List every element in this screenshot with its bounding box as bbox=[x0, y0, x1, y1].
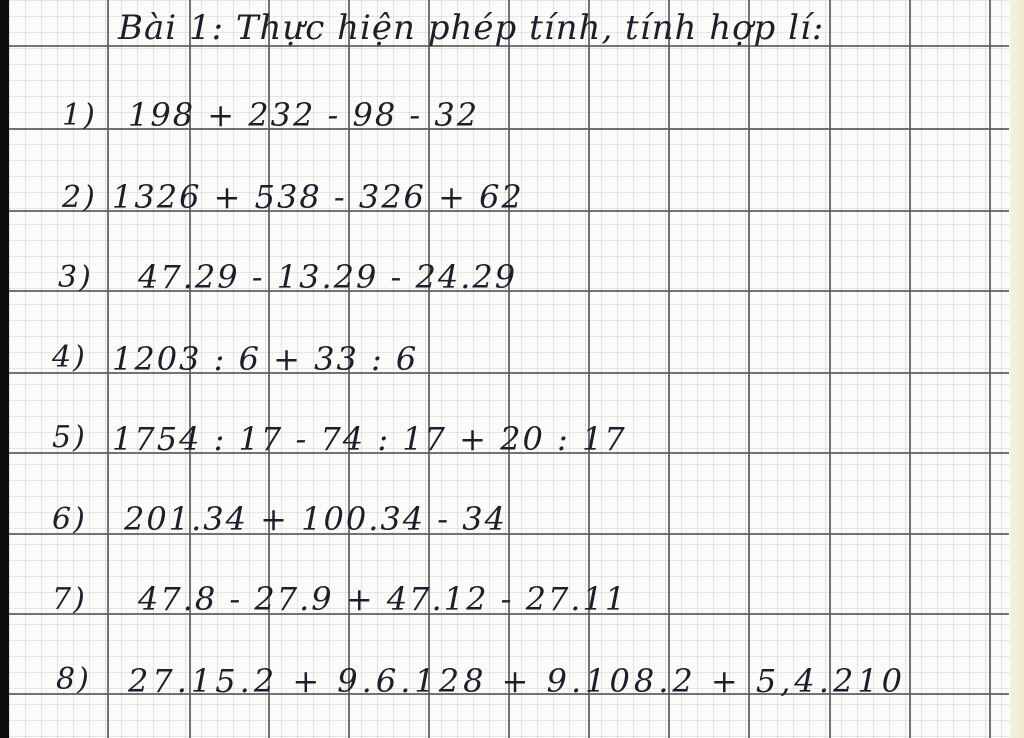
photo-left-border bbox=[0, 0, 9, 738]
problem-label: 5) bbox=[52, 420, 87, 455]
problem-label: 1) bbox=[62, 98, 97, 133]
exercise-title: Bài 1: Thực hiện phép tính, tính hợp lí: bbox=[118, 8, 824, 48]
problem-label: 6) bbox=[52, 502, 87, 537]
problem-expression: 27.15.2 + 9.6.128 + 9.108.2 + 5,4.210 bbox=[128, 662, 906, 700]
problem-expression: 201.34 + 100.34 - 34 bbox=[124, 500, 507, 538]
problem-label: 4) bbox=[52, 340, 87, 375]
problem-expression: 1203 : 6 + 33 : 6 bbox=[112, 340, 418, 378]
problem-expression: 1326 + 538 - 326 + 62 bbox=[112, 178, 524, 216]
problem-label: 8) bbox=[56, 662, 91, 697]
problem-expression: 47.29 - 13.29 - 24.29 bbox=[138, 258, 517, 296]
problem-label: 2) bbox=[62, 180, 97, 215]
problem-expression: 198 + 232 - 98 - 32 bbox=[128, 96, 479, 134]
problem-expression: 47.8 - 27.9 + 47.12 - 27.11 bbox=[138, 580, 627, 618]
problem-label: 7) bbox=[52, 582, 87, 617]
paper-right-edge bbox=[1010, 0, 1024, 738]
problem-expression: 1754 : 17 - 74 : 17 + 20 : 17 bbox=[112, 420, 627, 458]
problem-label: 3) bbox=[58, 260, 93, 295]
